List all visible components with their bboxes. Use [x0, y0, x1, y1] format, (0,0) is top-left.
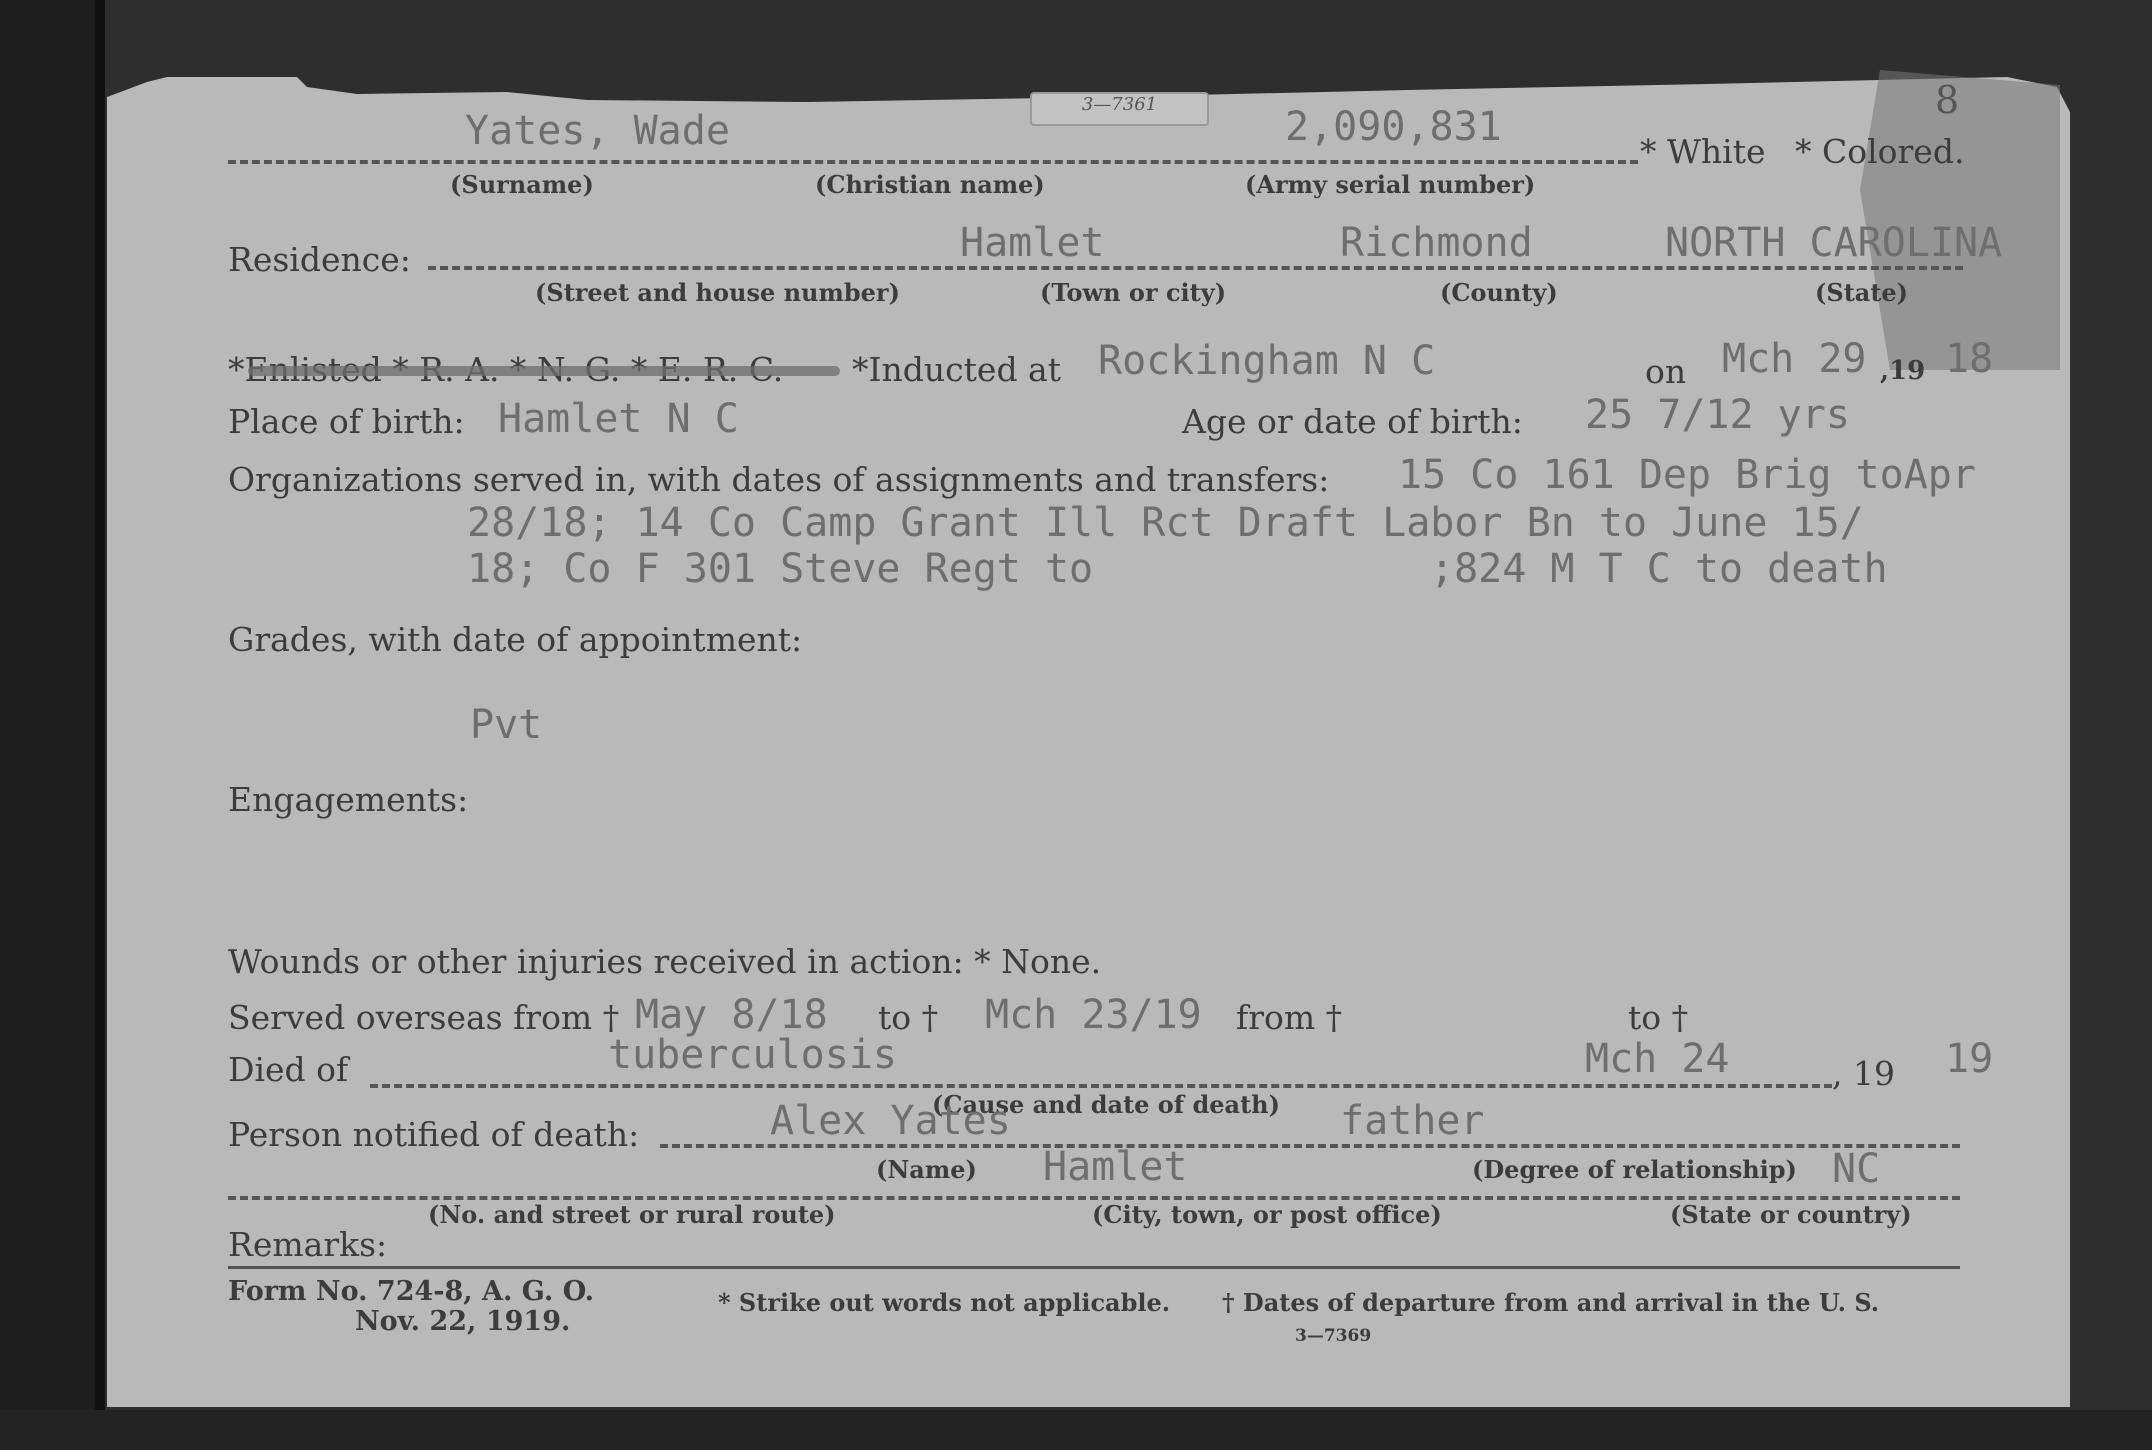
remarks-label: Remarks:	[228, 1225, 387, 1264]
town-label: (Town or city)	[1040, 278, 1226, 307]
residence-state: NORTH CAROLINA	[1665, 220, 2002, 266]
overseas-to2-label: to †	[1628, 998, 1688, 1037]
race-white: * White	[1640, 132, 1766, 171]
engagements-label: Engagements:	[228, 780, 468, 819]
notified-name-label: (Name)	[876, 1155, 977, 1184]
street-route-label: (No. and street or rural route)	[428, 1200, 836, 1229]
inducted-label: *Inducted at	[852, 350, 1061, 389]
scan-background-left	[0, 0, 95, 1450]
organizations-line-2: 28/18; 14 Co Camp Grant Ill Rct Draft La…	[467, 500, 1864, 546]
on-label: on	[1645, 352, 1686, 391]
race-colored: * Colored.	[1795, 132, 1964, 171]
residence-town: Hamlet	[960, 220, 1105, 266]
notified-relationship: father	[1340, 1098, 1485, 1144]
death-date: Mch 24	[1585, 1036, 1730, 1082]
name-line	[228, 160, 1638, 164]
city-label: (City, town, or post office)	[1092, 1200, 1442, 1229]
age-typed: 25 7/12 yrs	[1585, 392, 1850, 438]
remarks-line	[228, 1266, 1960, 1269]
overseas-to-date: Mch 23/19	[985, 992, 1202, 1038]
notified-city: Hamlet	[1043, 1144, 1188, 1190]
serial-label: (Army serial number)	[1245, 170, 1535, 199]
induction-year: 18	[1945, 336, 1993, 382]
notified-label: Person notified of death:	[228, 1115, 639, 1154]
organizations-line-3a: 18; Co F 301 Steve Regt to	[467, 546, 1093, 592]
state-label: (State)	[1815, 278, 1908, 307]
organizations-line-3b: ;824 M T C to death	[1430, 546, 1888, 592]
print-code: 3—7369	[1295, 1326, 1371, 1346]
scan-background-bottom	[0, 1410, 2152, 1450]
grade-typed: Pvt	[470, 702, 542, 748]
name-typed: Yates, Wade	[465, 108, 730, 154]
serial-typed: 2,090,831	[1285, 104, 1502, 150]
inducted-place: Rockingham N C	[1098, 338, 1435, 384]
birth-place-typed: Hamlet N C	[498, 396, 739, 442]
street-label: (Street and house number)	[535, 278, 900, 307]
surname-label: (Surname)	[450, 170, 594, 199]
christian-name-label: (Christian name)	[815, 170, 1045, 199]
grades-label: Grades, with date of appointment:	[228, 620, 802, 659]
strike-through-mark	[248, 366, 840, 376]
notified-state: NC	[1832, 1146, 1880, 1192]
wounds-label: Wounds or other injuries received in act…	[228, 942, 1101, 981]
died-of-label: Died of	[228, 1050, 348, 1089]
form-date: Nov. 22, 1919.	[355, 1306, 570, 1337]
top-stamp-number: 3—7361	[1030, 92, 1209, 126]
residence-county: Richmond	[1340, 220, 1533, 266]
residence-line	[428, 266, 1963, 270]
notified-name: Alex Yates	[770, 1098, 1011, 1144]
organizations-line-1: 15 Co 161 Dep Brig toApr	[1398, 452, 1976, 498]
card-number: 8	[1935, 78, 1959, 122]
death-cause: tuberculosis	[608, 1032, 897, 1078]
age-label: Age or date of birth:	[1182, 402, 1523, 441]
death-year: 19	[1945, 1036, 1993, 1082]
notified-line	[660, 1144, 1960, 1148]
state-country-label: (State or country)	[1670, 1200, 1912, 1229]
residence-label: Residence:	[228, 240, 411, 279]
organizations-label: Organizations served in, with dates of a…	[228, 460, 1329, 499]
death-year-prefix: , 19	[1832, 1054, 1895, 1093]
death-line	[370, 1084, 1832, 1088]
overseas-from2-label: from †	[1236, 998, 1342, 1037]
county-label: (County)	[1440, 278, 1558, 307]
scan-edge	[95, 0, 105, 1450]
strike-note: * Strike out words not applicable.	[718, 1288, 1170, 1317]
induction-date: Mch 29	[1722, 336, 1867, 382]
induction-year-prefix: ,19	[1880, 356, 1925, 386]
birth-place-label: Place of birth:	[228, 402, 465, 441]
form-number: Form No. 724-8, A. G. O.	[228, 1276, 594, 1307]
relationship-label: (Degree of relationship)	[1472, 1155, 1797, 1184]
dates-note: † Dates of departure from and arrival in…	[1222, 1288, 1879, 1317]
overseas-label: Served overseas from †	[228, 998, 619, 1037]
